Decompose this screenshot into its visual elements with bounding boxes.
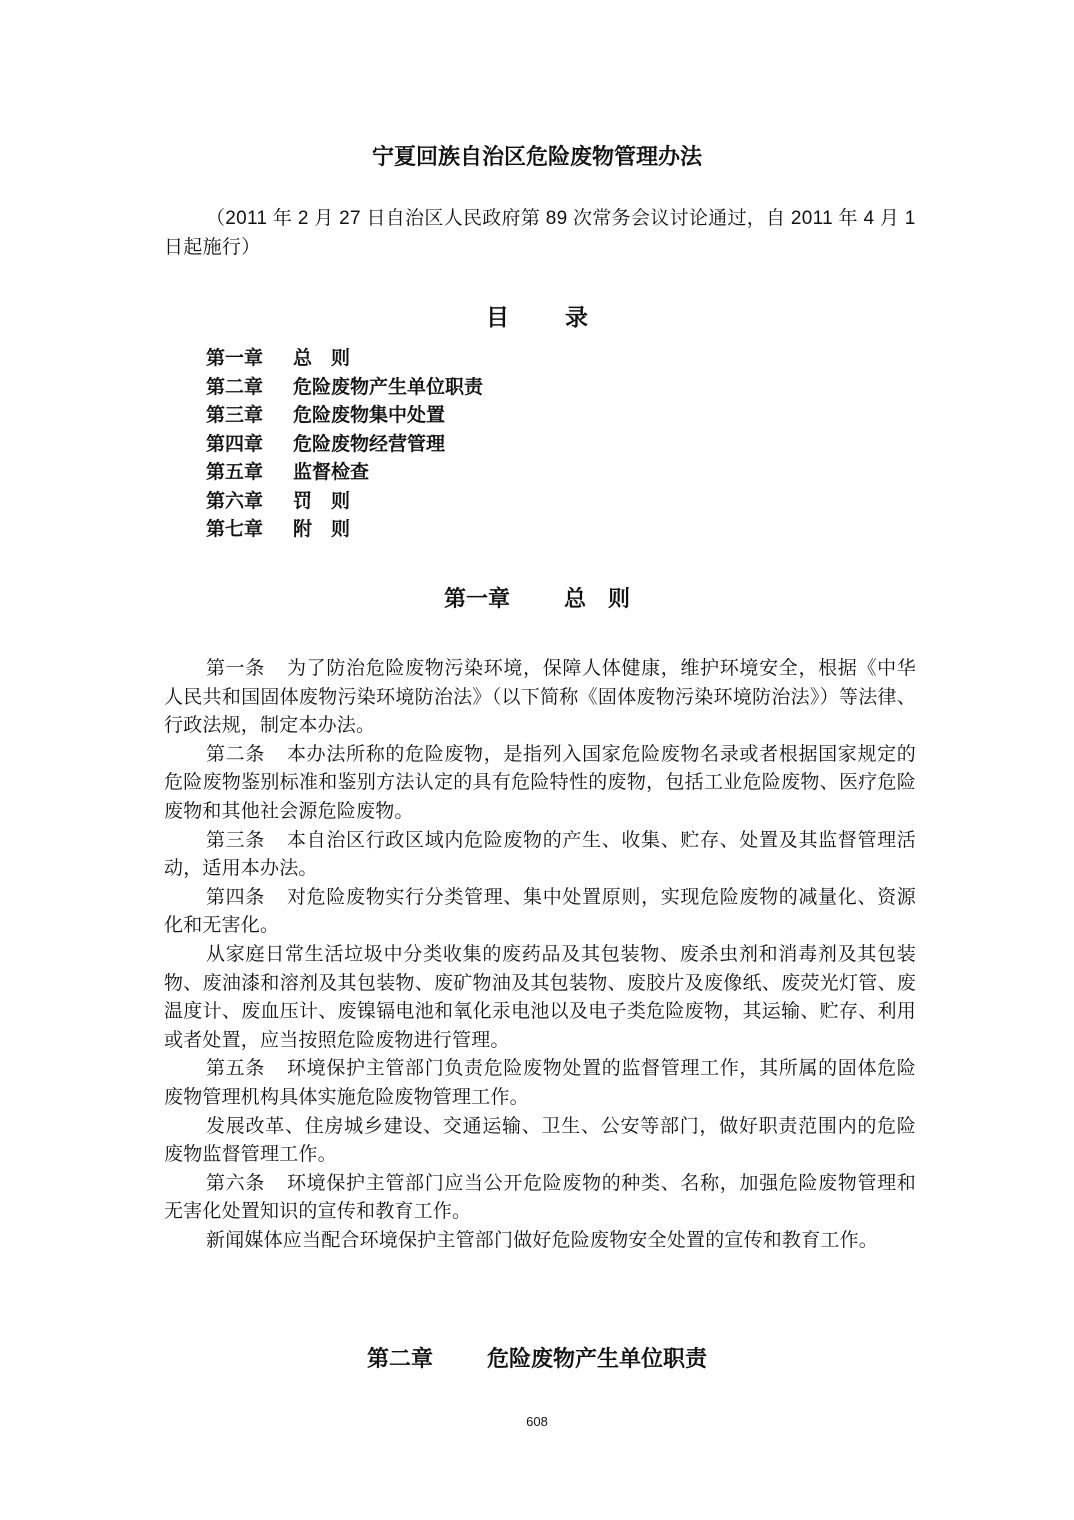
table-of-contents: 第一章总 则 第二章危险废物产生单位职责 第三章危险废物集中处置 第四章危险废物… bbox=[206, 344, 483, 544]
toc-item: 第三章危险废物集中处置 bbox=[206, 401, 483, 430]
toc-item-title: 监督检查 bbox=[293, 461, 369, 483]
toc-item-title: 危险废物经营管理 bbox=[293, 433, 445, 455]
toc-item: 第七章附 则 bbox=[206, 515, 483, 544]
chapter-1-body: 第一条为了防治危险废物污染环境，保障人体健康，维护环境安全，根据《中华人民共和国… bbox=[164, 654, 916, 1254]
toc-item-number: 第五章 bbox=[206, 458, 293, 487]
article-paragraph: 第六条环境保护主管部门应当公开危险废物的种类、名称，加强危险废物管理和无害化处置… bbox=[164, 1169, 916, 1226]
article-number: 第三条 bbox=[206, 829, 265, 851]
toc-item-title: 附 则 bbox=[293, 518, 350, 540]
article-paragraph: 第二条本办法所称的危险废物，是指列入国家危险废物名录或者根据国家规定的危险废物鉴… bbox=[164, 740, 916, 826]
article-text: 本办法所称的危险废物，是指列入国家危险废物名录或者根据国家规定的危险废物鉴别标准… bbox=[164, 743, 916, 822]
toc-item: 第六章罚 则 bbox=[206, 487, 483, 516]
adoption-note: （2011 年 2 月 27 日自治区人民政府第 89 次常务会议讨论通过，自 … bbox=[164, 204, 916, 262]
toc-item: 第五章监督检查 bbox=[206, 458, 483, 487]
article-paragraph: 第四条对危险废物实行分类管理、集中处置原则，实现危险废物的减量化、资源化和无害化… bbox=[164, 883, 916, 940]
toc-item-number: 第六章 bbox=[206, 487, 293, 516]
document-title: 宁夏回族自治区危险废物管理办法 bbox=[0, 141, 1074, 175]
article-text: 对危险废物实行分类管理、集中处置原则，实现危险废物的减量化、资源化和无害化。 bbox=[164, 886, 916, 937]
toc-item-number: 第七章 bbox=[206, 515, 293, 544]
article-paragraph: 发展改革、住房城乡建设、交通运输、卫生、公安等部门，做好职责范围内的危险废物监督… bbox=[164, 1112, 916, 1169]
article-text: 环境保护主管部门负责危险废物处置的监督管理工作，其所属的固体危险废物管理机构具体… bbox=[164, 1057, 916, 1108]
toc-item: 第四章危险废物经营管理 bbox=[206, 430, 483, 459]
article-number: 第二条 bbox=[206, 743, 265, 765]
article-paragraph: 第五条环境保护主管部门负责危险废物处置的监督管理工作，其所属的固体危险废物管理机… bbox=[164, 1054, 916, 1111]
chapter-2-heading: 第二章危险废物产生单位职责 bbox=[0, 1343, 1074, 1375]
article-number: 第一条 bbox=[206, 657, 265, 679]
article-number: 第四条 bbox=[206, 886, 265, 908]
article-number: 第五条 bbox=[206, 1057, 265, 1079]
article-paragraph: 第一条为了防治危险废物污染环境，保障人体健康，维护环境安全，根据《中华人民共和国… bbox=[164, 654, 916, 740]
article-text: 新闻媒体应当配合环境保护主管部门做好危险废物安全处置的宣传和教育工作。 bbox=[206, 1229, 878, 1251]
toc-item-title: 危险废物集中处置 bbox=[293, 404, 445, 426]
article-text: 环境保护主管部门应当公开危险废物的种类、名称，加强危险废物管理和无害化处置知识的… bbox=[164, 1172, 916, 1223]
toc-item: 第一章总 则 bbox=[206, 344, 483, 373]
chapter-title: 总 则 bbox=[564, 586, 630, 612]
toc-item-number: 第四章 bbox=[206, 430, 293, 459]
article-text: 发展改革、住房城乡建设、交通运输、卫生、公安等部门，做好职责范围内的危险废物监督… bbox=[164, 1115, 916, 1166]
toc-item-title: 总 则 bbox=[293, 347, 350, 369]
page-number: 608 bbox=[0, 1413, 1074, 1431]
toc-item-number: 第一章 bbox=[206, 344, 293, 373]
toc-heading-right: 录 bbox=[565, 302, 588, 334]
article-number: 第六条 bbox=[206, 1172, 265, 1194]
article-text: 从家庭日常生活垃圾中分类收集的废药品及其包装物、废杀虫剂和消毒剂及其包装物、废油… bbox=[164, 943, 916, 1051]
chapter-number: 第一章 bbox=[444, 583, 510, 615]
toc-item-title: 危险废物产生单位职责 bbox=[293, 376, 483, 398]
chapter-1-heading: 第一章总 则 bbox=[0, 583, 1074, 615]
article-paragraph: 从家庭日常生活垃圾中分类收集的废药品及其包装物、废杀虫剂和消毒剂及其包装物、废油… bbox=[164, 940, 916, 1054]
article-text: 为了防治危险废物污染环境，保障人体健康，维护环境安全，根据《中华人民共和国固体废… bbox=[164, 657, 916, 736]
article-paragraph: 第三条本自治区行政区域内危险废物的产生、收集、贮存、处置及其监督管理活动，适用本… bbox=[164, 826, 916, 883]
chapter-title: 危险废物产生单位职责 bbox=[487, 1346, 707, 1372]
document-page: 宁夏回族自治区危险废物管理办法 （2011 年 2 月 27 日自治区人民政府第… bbox=[0, 0, 1074, 1520]
toc-item: 第二章危险废物产生单位职责 bbox=[206, 373, 483, 402]
toc-item-title: 罚 则 bbox=[293, 490, 350, 512]
toc-item-number: 第二章 bbox=[206, 373, 293, 402]
toc-item-number: 第三章 bbox=[206, 401, 293, 430]
toc-heading-left: 目 bbox=[486, 302, 509, 334]
chapter-number: 第二章 bbox=[367, 1343, 433, 1375]
article-paragraph: 新闻媒体应当配合环境保护主管部门做好危险废物安全处置的宣传和教育工作。 bbox=[164, 1226, 916, 1255]
toc-heading: 目录 bbox=[0, 302, 1074, 334]
article-text: 本自治区行政区域内危险废物的产生、收集、贮存、处置及其监督管理活动，适用本办法。 bbox=[164, 829, 916, 880]
